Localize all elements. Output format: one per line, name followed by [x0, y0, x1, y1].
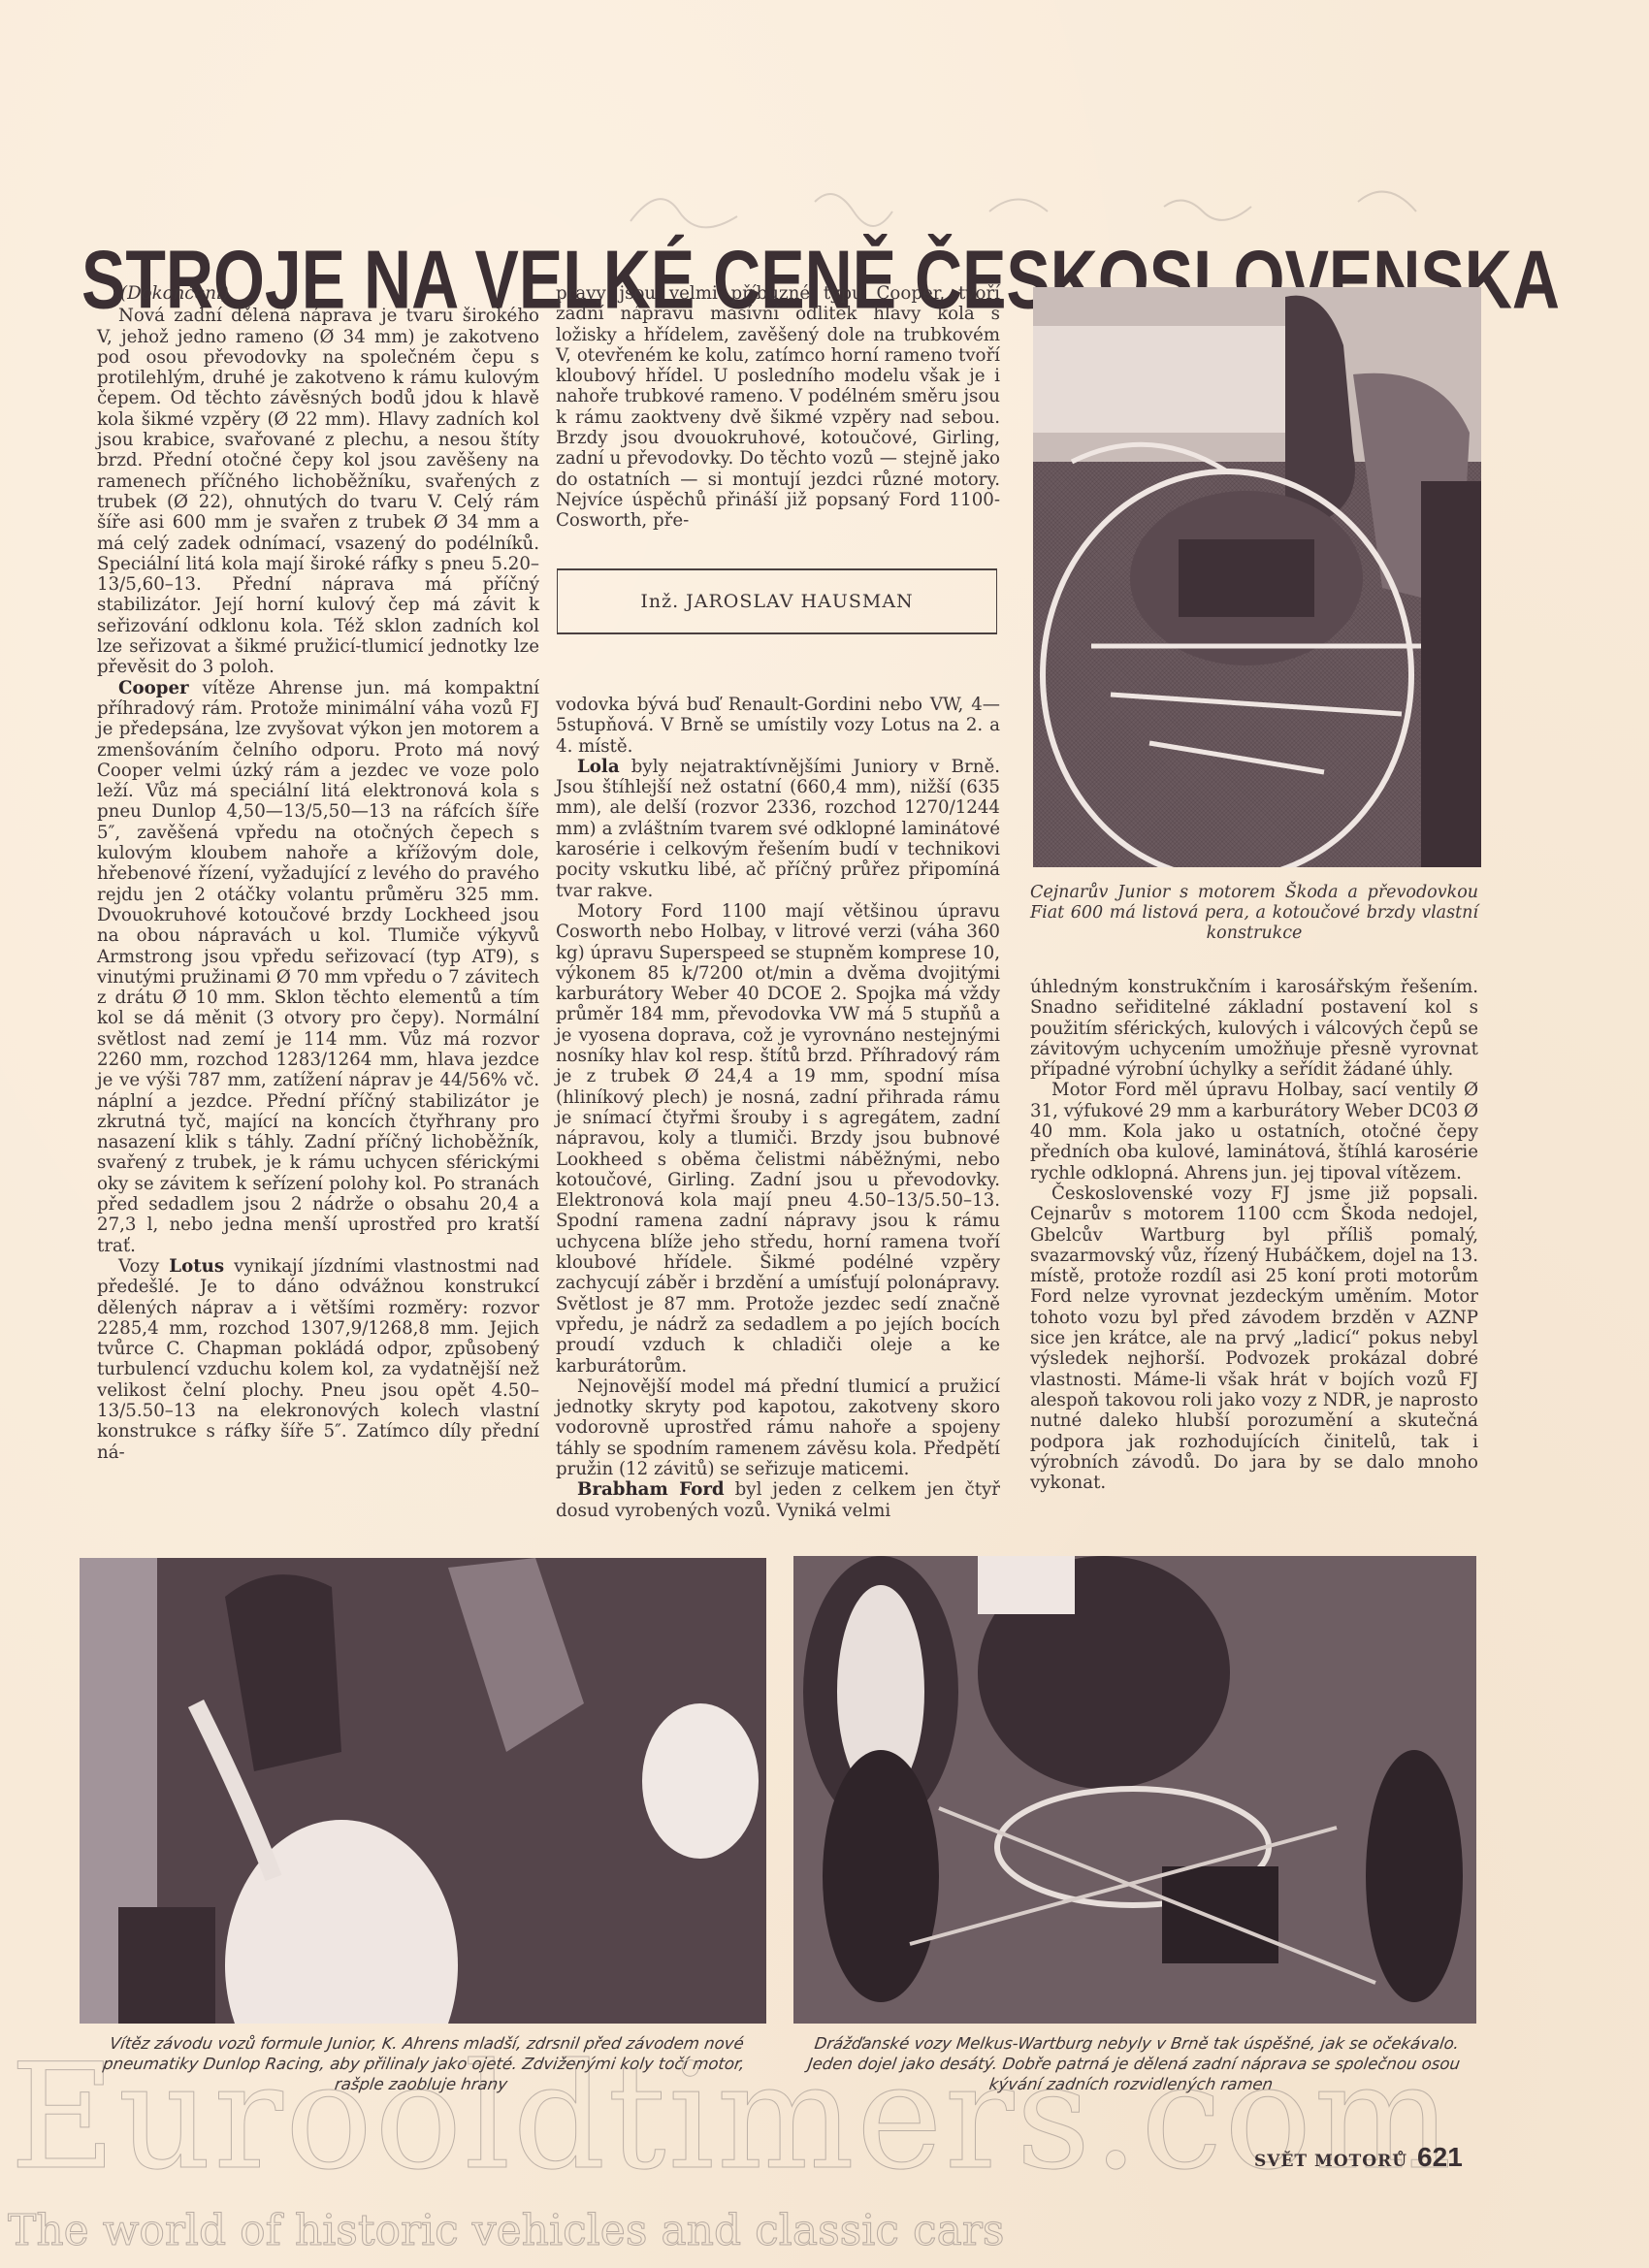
- article-column-2-bottom: vodovka bývá buď Renault-Gordini nebo VW…: [556, 695, 1000, 1521]
- photo-race-car-chassis: [1033, 287, 1481, 867]
- article-column-3: úhledným konstrukčním i karosářským řeše…: [1030, 977, 1478, 1493]
- page-number: 621: [1417, 2142, 1463, 2172]
- magazine-name: SVĚT MOTORŮ: [1254, 2152, 1407, 2171]
- article-column-1: (Dokončeni) Nová zadní dělená náprava je…: [97, 283, 539, 1463]
- paragraph: vodovka bývá buď Renault-Gordini nebo VW…: [556, 695, 1000, 757]
- paragraph-cooper: Cooper vítěze Ahrense jun. má kompaktní …: [97, 678, 539, 1256]
- paragraph: Nejnovější model má přední tlumicí a pru…: [556, 1377, 1000, 1479]
- photo-mechanics-tyre: [80, 1558, 766, 2024]
- continued-note: (Dokončeni): [120, 283, 539, 304]
- keyword-lola: Lola: [577, 757, 620, 777]
- photo-caption-top: Cejnarův Junior s motorem Škoda a převod…: [1030, 883, 1478, 944]
- photo-melkus-wartburg: [793, 1556, 1476, 2024]
- paragraph: Motory Ford 1100 mají většinou úpravu Co…: [556, 901, 1000, 1377]
- paragraph-lola: Lola byly nejatraktívnějšími Juniory v B…: [556, 757, 1000, 901]
- paragraph: pravy jsou velmi příbuzné typu Cooper, t…: [556, 283, 1000, 532]
- watermark-site: Eurooldtimers.com: [10, 2045, 1454, 2190]
- author-byline: Inž. JAROSLAV HAUSMAN: [557, 568, 997, 634]
- article-column-2-top: pravy jsou velmi příbuzné typu Cooper, t…: [556, 283, 1000, 532]
- keyword-brabham-ford: Brabham Ford: [577, 1479, 725, 1500]
- page-footer: SVĚT MOTORŮ621: [1254, 2142, 1463, 2173]
- melkus-photo-icon: [793, 1556, 1476, 2024]
- pencil-scribble: [621, 173, 1494, 241]
- paragraph: Nová zadní dělená náprava je tvaru širok…: [97, 306, 539, 677]
- chassis-photo-icon: [1033, 287, 1481, 867]
- mechanics-photo-icon: [80, 1558, 766, 2024]
- keyword-lotus: Lotus: [169, 1256, 224, 1277]
- paragraph-brabham: Brabham Ford byl jeden z celkem jen čtyř…: [556, 1479, 1000, 1521]
- watermark-tagline: The world of historic vehicles and class…: [8, 2210, 1004, 2252]
- paragraph: Československé vozy FJ jsme již popsali.…: [1030, 1183, 1478, 1493]
- keyword-cooper: Cooper: [118, 678, 189, 698]
- paragraph: úhledným konstrukčním i karosářským řeše…: [1030, 977, 1478, 1080]
- paragraph: Motor Ford měl úpravu Holbay, sací venti…: [1030, 1080, 1478, 1183]
- paragraph-lotus: Vozy Lotus vynikají jízdními vlastnostmi…: [97, 1256, 539, 1463]
